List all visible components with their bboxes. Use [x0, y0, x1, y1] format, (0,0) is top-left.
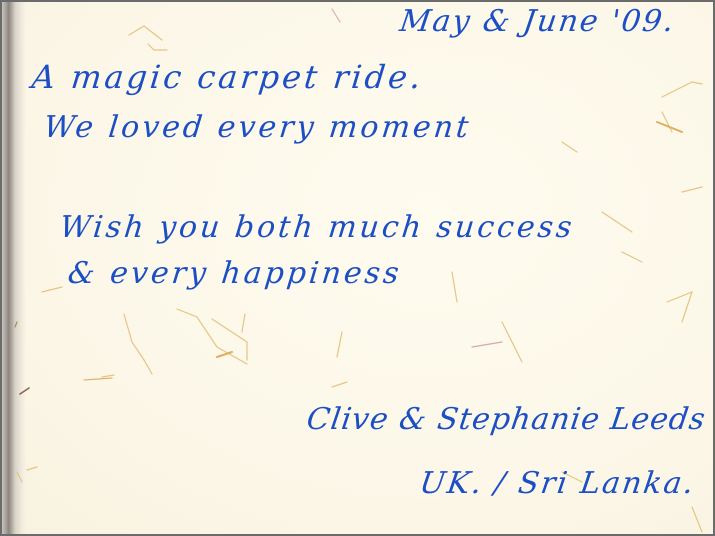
message-line-4: & every happiness [66, 256, 403, 291]
guestbook-page: May & June '09. A magic carpet ride. We … [0, 0, 715, 536]
signature-location: UK. / Sri Lanka. [418, 466, 698, 501]
signature-names: Clive & Stephanie Leeds [305, 402, 709, 437]
message-line-1: A magic carpet ride. [30, 58, 425, 96]
message-line-3: Wish you both much success [58, 210, 576, 245]
message-line-2: We loved every moment [42, 110, 473, 145]
note-date: May & June '09. [398, 4, 678, 39]
